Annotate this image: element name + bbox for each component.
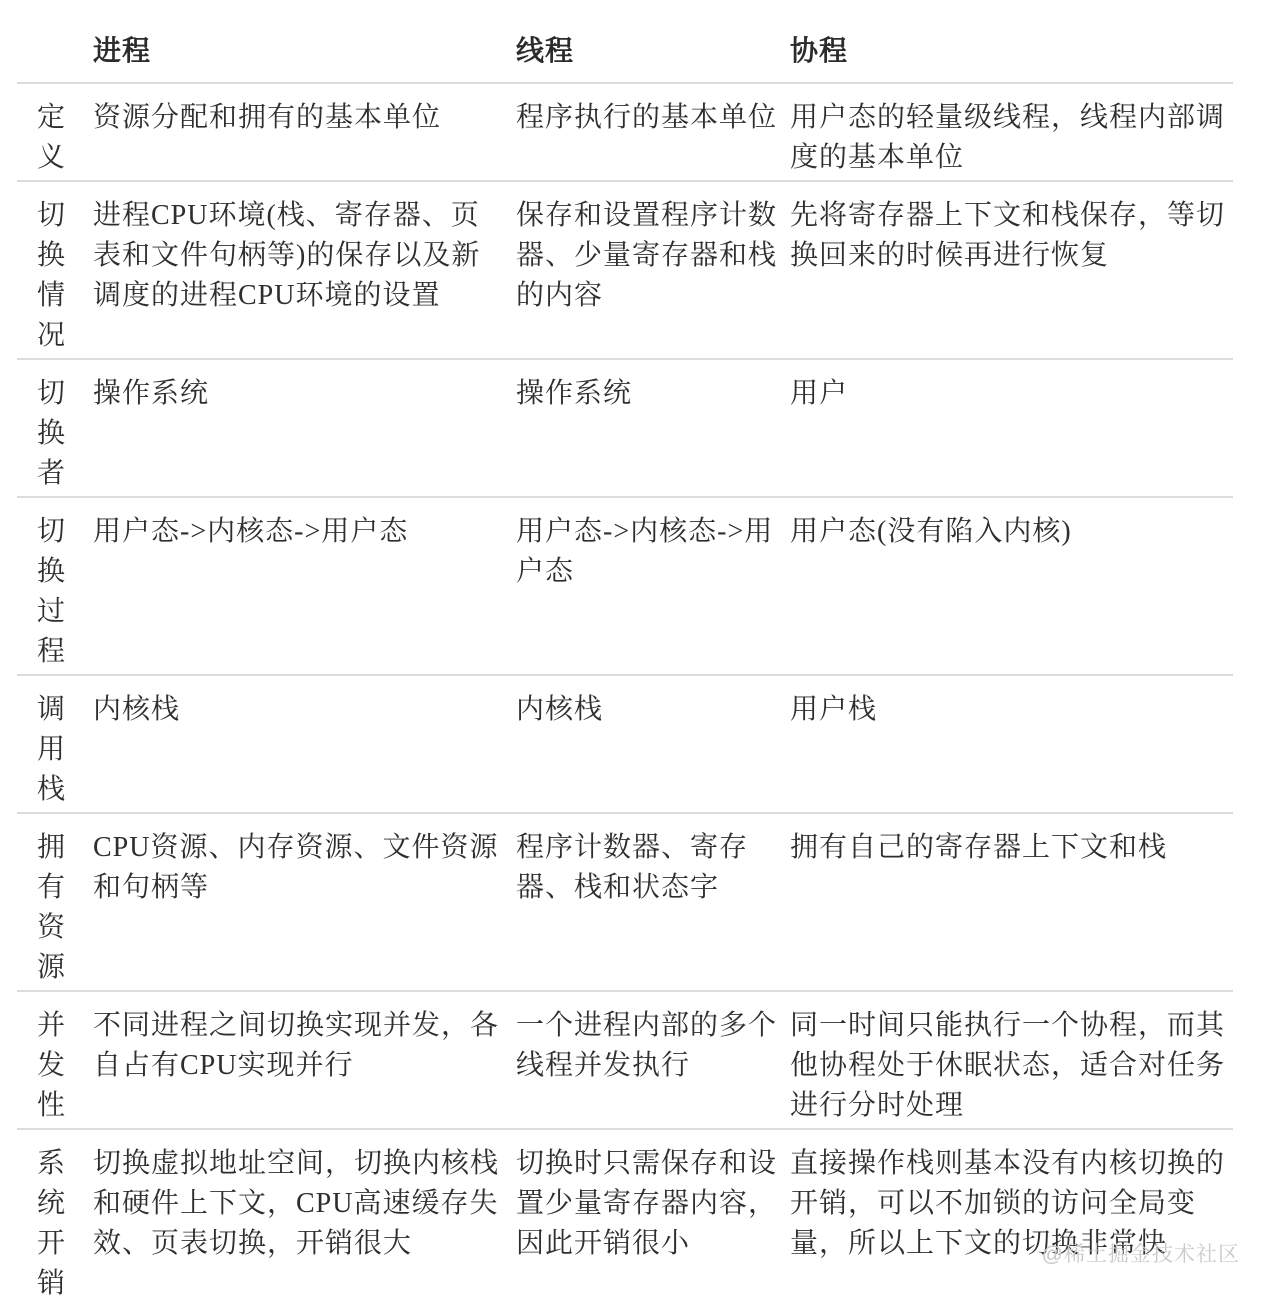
table-row-switcher: 切换者 操作系统 操作系统 用户 (17, 359, 1233, 497)
row-label: 切换者 (17, 359, 93, 497)
row-label: 调用栈 (17, 675, 93, 813)
table-row-switch-process: 切换过程 用户态->内核态->用户态 用户态->内核态->用户态 用户态(没有陷… (17, 497, 1233, 675)
cell-coroutine: 用户态的轻量级线程，线程内部调度的基本单位 (790, 83, 1233, 181)
row-label-text: 切换者 (37, 374, 67, 494)
cell-process: 资源分配和拥有的基本单位 (93, 83, 516, 181)
column-header-thread: 线程 (516, 0, 790, 83)
table-row-owned-resources: 拥有资源 CPU资源、内存资源、文件资源和句柄等 程序计数器、寄存器、栈和状态字… (17, 813, 1233, 991)
table-row-call-stack: 调用栈 内核栈 内核栈 用户栈 (17, 675, 1233, 813)
cell-thread: 内核栈 (516, 675, 790, 813)
cell-thread: 切换时只需保存和设置少量寄存器内容，因此开销很小 (516, 1129, 790, 1301)
cell-process: 用户态->内核态->用户态 (93, 497, 516, 675)
cell-thread: 保存和设置程序计数器、少量寄存器和栈的内容 (516, 181, 790, 359)
juejin-watermark: @稀土掘金技术社区 (1042, 1238, 1240, 1268)
table-row-switch-content: 切换情况 进程CPU环境(栈、寄存器、页表和文件句柄等)的保存以及新调度的进程C… (17, 181, 1233, 359)
cell-coroutine: 用户栈 (790, 675, 1233, 813)
row-label: 拥有资源 (17, 813, 93, 991)
cell-coroutine: 直接操作栈则基本没有内核切换的开销，可以不加锁的访问全局变量，所以上下文的切换非… (790, 1129, 1233, 1301)
table-row-concurrency: 并发性 不同进程之间切换实现并发，各自占有CPU实现并行 一个进程内部的多个线程… (17, 991, 1233, 1129)
row-label-text: 系统开销 (37, 1144, 67, 1301)
row-label: 切换过程 (17, 497, 93, 675)
cell-process: 操作系统 (93, 359, 516, 497)
cell-thread: 程序计数器、寄存器、栈和状态字 (516, 813, 790, 991)
cell-coroutine: 先将寄存器上下文和栈保存，等切换回来的时候再进行恢复 (790, 181, 1233, 359)
row-label: 系统开销 (17, 1129, 93, 1301)
row-label-text: 调用栈 (37, 690, 67, 810)
row-label: 并发性 (17, 991, 93, 1129)
cell-thread: 程序执行的基本单位 (516, 83, 790, 181)
cell-process: 进程CPU环境(栈、寄存器、页表和文件句柄等)的保存以及新调度的进程CPU环境的… (93, 181, 516, 359)
cell-process: 不同进程之间切换实现并发，各自占有CPU实现并行 (93, 991, 516, 1129)
column-header-process: 进程 (93, 0, 516, 83)
article-page: 进程 线程 协程 定义 资源分配和拥有的基本单位 程序执行的基本单位 用户态的轻… (0, 0, 1261, 1301)
cell-coroutine: 同一时间只能执行一个协程，而其他协程处于休眠状态，适合对任务进行分时处理 (790, 991, 1233, 1129)
row-label-text: 切换情况 (37, 196, 67, 356)
cell-coroutine: 用户态(没有陷入内核) (790, 497, 1233, 675)
table-row-system-overhead: 系统开销 切换虚拟地址空间，切换内核栈和硬件上下文，CPU高速缓存失效、页表切换… (17, 1129, 1233, 1301)
cell-coroutine: 拥有自己的寄存器上下文和栈 (790, 813, 1233, 991)
column-header-coroutine: 协程 (790, 0, 1233, 83)
row-label-text: 拥有资源 (37, 828, 67, 988)
process-thread-coroutine-table: 进程 线程 协程 定义 资源分配和拥有的基本单位 程序执行的基本单位 用户态的轻… (17, 0, 1233, 1301)
corner-cell (17, 0, 93, 83)
cell-process: 切换虚拟地址空间，切换内核栈和硬件上下文，CPU高速缓存失效、页表切换，开销很大 (93, 1129, 516, 1301)
cell-process: CPU资源、内存资源、文件资源和句柄等 (93, 813, 516, 991)
row-label-text: 定义 (37, 98, 67, 178)
cell-process: 内核栈 (93, 675, 516, 813)
table-row-definition: 定义 资源分配和拥有的基本单位 程序执行的基本单位 用户态的轻量级线程，线程内部… (17, 83, 1233, 181)
cell-thread: 用户态->内核态->用户态 (516, 497, 790, 675)
row-label: 定义 (17, 83, 93, 181)
row-label: 切换情况 (17, 181, 93, 359)
header-row: 进程 线程 协程 (17, 0, 1233, 83)
row-label-text: 并发性 (37, 1006, 67, 1126)
cell-thread: 操作系统 (516, 359, 790, 497)
row-label-text: 切换过程 (37, 512, 67, 672)
cell-thread: 一个进程内部的多个线程并发执行 (516, 991, 790, 1129)
cell-coroutine: 用户 (790, 359, 1233, 497)
